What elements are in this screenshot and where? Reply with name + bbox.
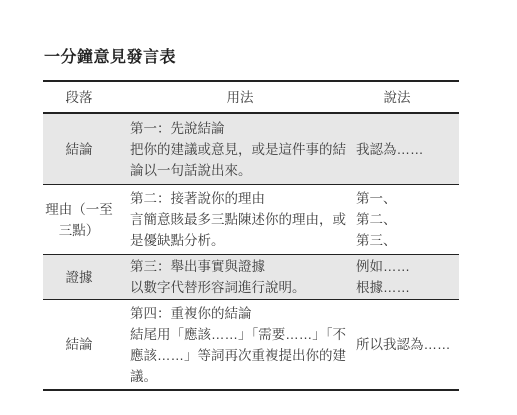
cell-usage: 第三：舉出事實與證據 以數字代替形容詞進行說明。 xyxy=(127,255,353,299)
cell-paragraph: 證據 xyxy=(43,255,127,299)
header-cell-usage: 用法 xyxy=(127,82,353,112)
page-title: 一分鐘意見發言表 xyxy=(44,44,176,67)
cell-paragraph: 結論 xyxy=(43,114,127,184)
cell-paragraph: 理由（一至三點） xyxy=(43,185,127,254)
document-page: 一分鐘意見發言表 段落 用法 說法 結論 第一：先說結論 把你的建議或意見，或是… xyxy=(0,0,517,415)
cell-phrase: 所以我認為…… xyxy=(353,300,459,389)
cell-phrase: 第一、 第二、 第三、 xyxy=(353,185,459,254)
cell-usage: 第四：重複你的結論 結尾用「應該……」「需要……」「不 應該……」等詞再次重複提… xyxy=(127,300,353,389)
table-row: 理由（一至三點） 第二：接著說你的理由 言簡意賅最多三點陳述你的理由，或 是優缺… xyxy=(43,184,459,254)
cell-phrase: 我認為…… xyxy=(353,114,459,184)
header-cell-phrase: 說法 xyxy=(353,82,459,112)
cell-usage: 第二：接著說你的理由 言簡意賅最多三點陳述你的理由，或 是優缺點分析。 xyxy=(127,185,353,254)
table-header-row: 段落 用法 說法 xyxy=(43,82,459,114)
cell-paragraph: 結論 xyxy=(43,300,127,389)
header-cell-paragraph: 段落 xyxy=(43,82,127,112)
speech-table: 段落 用法 說法 結論 第一：先說結論 把你的建議或意見，或是這件事的結 論以一… xyxy=(43,80,459,391)
cell-phrase: 例如…… 根據…… xyxy=(353,255,459,299)
table-row: 結論 第一：先說結論 把你的建議或意見，或是這件事的結 論以一句話說出來。 我認… xyxy=(43,114,459,184)
table-row: 結論 第四：重複你的結論 結尾用「應該……」「需要……」「不 應該……」等詞再次… xyxy=(43,299,459,389)
table-row: 證據 第三：舉出事實與證據 以數字代替形容詞進行說明。 例如…… 根據…… xyxy=(43,254,459,299)
cell-usage: 第一：先說結論 把你的建議或意見，或是這件事的結 論以一句話說出來。 xyxy=(127,114,353,184)
